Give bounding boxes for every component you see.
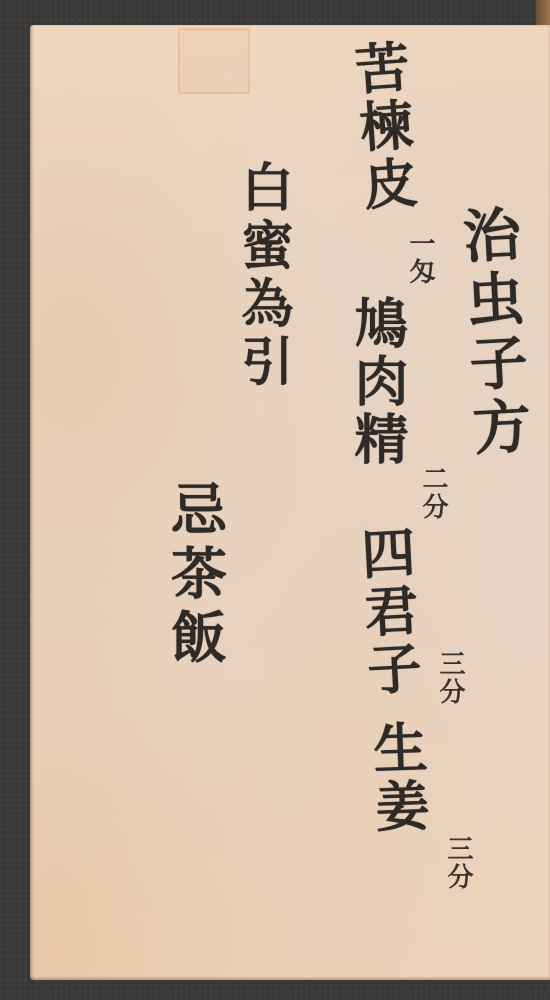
ingredient-name: 生姜 (364, 719, 432, 837)
ingredient-item: 生姜 (358, 719, 439, 838)
prescription-title: 治虫子方 (443, 203, 540, 463)
book-spine-edge (536, 0, 550, 25)
library-seal-watermark (178, 28, 250, 94)
ingredient-name: 苦楝皮 (345, 38, 421, 216)
ingredient-item: 苦楝皮 (339, 38, 428, 217)
ingredient-quantity: 三分 (432, 650, 469, 706)
vehicle-instruction: 白蜜為引 (225, 160, 300, 392)
dietary-prohibition: 忌茶飯 (155, 480, 235, 672)
ingredient-item: 鳩肉精 (340, 295, 417, 469)
manuscript-page: 治虫子方 苦楝皮 一匁 鳩肉精 二分 四君子 三分 生姜 三分 白蜜為引 忌茶飯 (30, 25, 550, 980)
ingredient-quantity: 一匁 (402, 230, 439, 286)
ingredient-name: 四君子 (351, 523, 424, 700)
ingredient-item: 四君子 (345, 523, 431, 701)
ingredient-quantity: 二分 (415, 465, 452, 521)
ingredient-quantity: 三分 (440, 835, 477, 891)
ingredient-name: 鳩肉精 (346, 295, 410, 469)
